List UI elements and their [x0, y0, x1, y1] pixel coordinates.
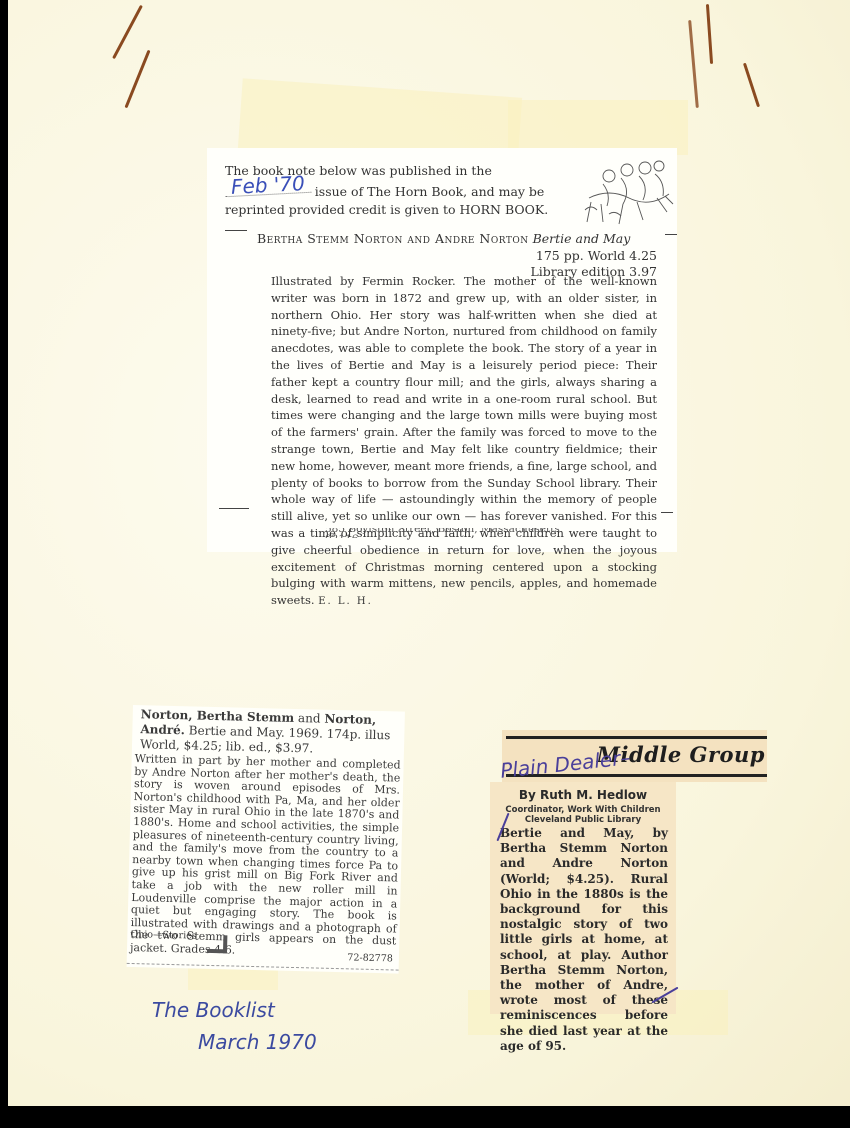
reviewer-initials: E. L. H.	[318, 596, 373, 607]
plain-dealer-clipping: By Ruth M. Hedlow Coordinator, Work With…	[490, 782, 676, 1014]
banner-rule	[506, 736, 767, 739]
rust-stain	[112, 5, 143, 59]
rust-stain	[124, 50, 150, 109]
divider	[225, 230, 247, 231]
divider	[219, 508, 249, 509]
subject-heading: Ohio—Stories	[130, 929, 197, 942]
booklist-citation: Norton, Bertha Stemm and Norton, André. …	[140, 707, 403, 758]
rust-stain	[688, 20, 699, 108]
author-role: Coordinator, Work With Children Clevelan…	[490, 806, 676, 825]
price-line-trade: 175 pp. World 4.25	[467, 247, 657, 264]
children-riding-illustration-icon	[579, 158, 677, 228]
horn-book-address: 585 Boylston Street, Boston, Massachuset…	[325, 528, 585, 538]
handwritten-issue-date: Feb '70	[225, 174, 312, 197]
handwritten-date-booklist: March 1970	[198, 1030, 317, 1054]
horn-book-clipping: The book note below was published in the…	[207, 148, 677, 552]
rust-stain	[706, 4, 713, 64]
handwritten-source-booklist: The Booklist	[152, 998, 275, 1022]
book-authors: Bertha Stemm Norton and Andre Norton	[257, 231, 529, 246]
tape-strip	[508, 100, 688, 155]
booklist-clipping: Norton, Bertha Stemm and Norton, André. …	[127, 705, 405, 974]
divider	[665, 234, 677, 235]
card-number: 72-82778	[347, 952, 393, 964]
byline: By Ruth M. Hedlow	[490, 788, 676, 802]
horn-book-intro: The book note below was published in the…	[225, 162, 575, 219]
book-title: Bertie and May	[533, 231, 631, 246]
book-heading: Bertha Stemm Norton and Andre Norton Ber…	[257, 230, 657, 247]
corner-mark	[207, 935, 227, 953]
plain-dealer-review: Bertie and May, by Bertha Stemm Norton a…	[500, 826, 668, 1054]
horn-book-review: Illustrated by Fermin Rocker. The mother…	[271, 273, 657, 611]
divider	[661, 512, 673, 513]
rust-stain	[743, 63, 760, 108]
